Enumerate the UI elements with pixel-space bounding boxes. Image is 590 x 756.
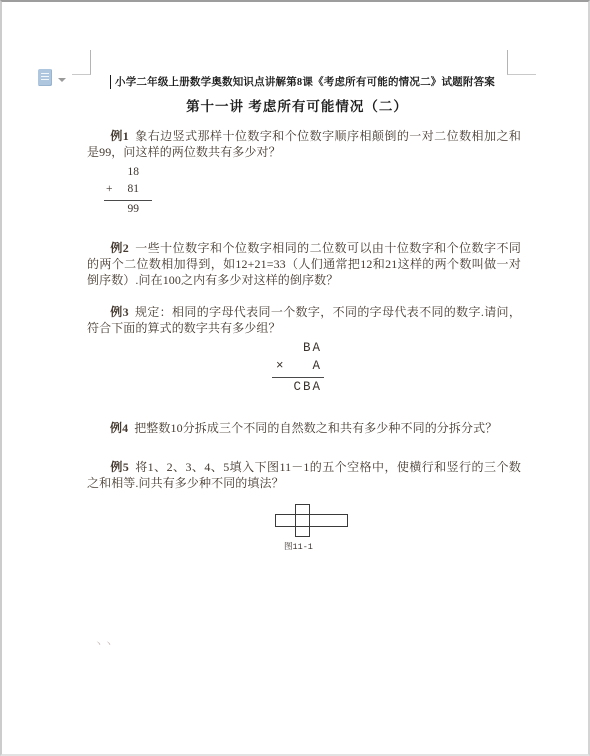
example-5-paragraph: 例5将1、2、3、4、5填入下图11－1的五个空格中，使横行和竖行的三个数之和相… <box>87 459 521 491</box>
margin-crop-mark-left <box>72 50 91 75</box>
example-1-paragraph: 例1象右边竖式那样十位数字和个位数字顺序相颠倒的一对二位数相加之和是99，问这样… <box>87 128 521 160</box>
example-3-paragraph: 例3规定：相同的字母代表同一个数字，不同的字母代表不同的数字.请问，符合下面的算… <box>87 304 521 336</box>
example-3-label: 例3 <box>110 305 129 319</box>
example-5-text: 将1、2、3、4、5填入下图11－1的五个空格中，使横行和竖行的三个数之和相等.… <box>87 460 521 490</box>
plus-sign: + <box>106 183 113 195</box>
cross-horizontal-rect <box>275 514 348 527</box>
example-3-text: 规定：相同的字母代表同一个数字，不同的字母代表不同的数字.请问，符合下面的算式的… <box>87 305 521 335</box>
paste-options-button[interactable] <box>36 68 70 90</box>
stray-marks: 丶丶 <box>94 637 114 650</box>
paste-options-icon <box>38 69 52 86</box>
margin-crop-mark-right <box>507 50 536 75</box>
example-4-label: 例4 <box>110 421 128 435</box>
example-2-text: 一些十位数字和个位数字相同的二位数可以由十位数字和个位数字不同的两个二位数相加得… <box>87 241 521 287</box>
multiplication-product: CBA <box>272 378 324 396</box>
addition-addend2: 81 <box>128 183 140 195</box>
vertical-addition: 18 + 81 99 <box>104 166 152 218</box>
example-2-label: 例2 <box>110 241 129 255</box>
example-1-label: 例1 <box>110 129 129 143</box>
document-title: 小学二年级上册数学奥数知识点讲解第8课《考虑所有可能的情况二》试题附答案 <box>70 75 540 90</box>
vertical-multiplication: BA × A CBA <box>272 341 324 396</box>
example-4-paragraph: 例4把整数10分拆成三个不同的自然数之和共有多少种不同的分拆分式？ <box>87 420 521 436</box>
document-page: 小学二年级上册数学奥数知识点讲解第8课《考虑所有可能的情况二》试题附答案 第十一… <box>0 0 590 756</box>
addition-addend2-row: + 81 <box>104 183 152 201</box>
section-heading: 第十一讲 考虑所有可能情况（二） <box>2 97 590 117</box>
chevron-down-icon[interactable] <box>58 78 66 82</box>
multiplication-multiplier-row: × A <box>272 359 324 378</box>
multiplication-multiplier: A <box>312 359 322 373</box>
addition-sum: 99 <box>104 201 152 218</box>
cross-grid-figure <box>275 504 347 536</box>
example-2-paragraph: 例2一些十位数字和个位数字相同的二位数可以由十位数字和个位数字不同的两个二位数相… <box>87 240 521 288</box>
figure-caption: 图11-1 <box>284 540 344 552</box>
example-4-text: 把整数10分拆成三个不同的自然数之和共有多少种不同的分拆分式？ <box>134 421 497 435</box>
multiplication-multiplicand: BA <box>272 341 324 359</box>
example-5-label: 例5 <box>110 460 129 474</box>
example-1-text: 象右边竖式那样十位数字和个位数字顺序相颠倒的一对二位数相加之和是99，问这样的两… <box>87 129 521 159</box>
times-sign: × <box>276 359 284 373</box>
addition-addend1: 18 <box>104 166 152 183</box>
